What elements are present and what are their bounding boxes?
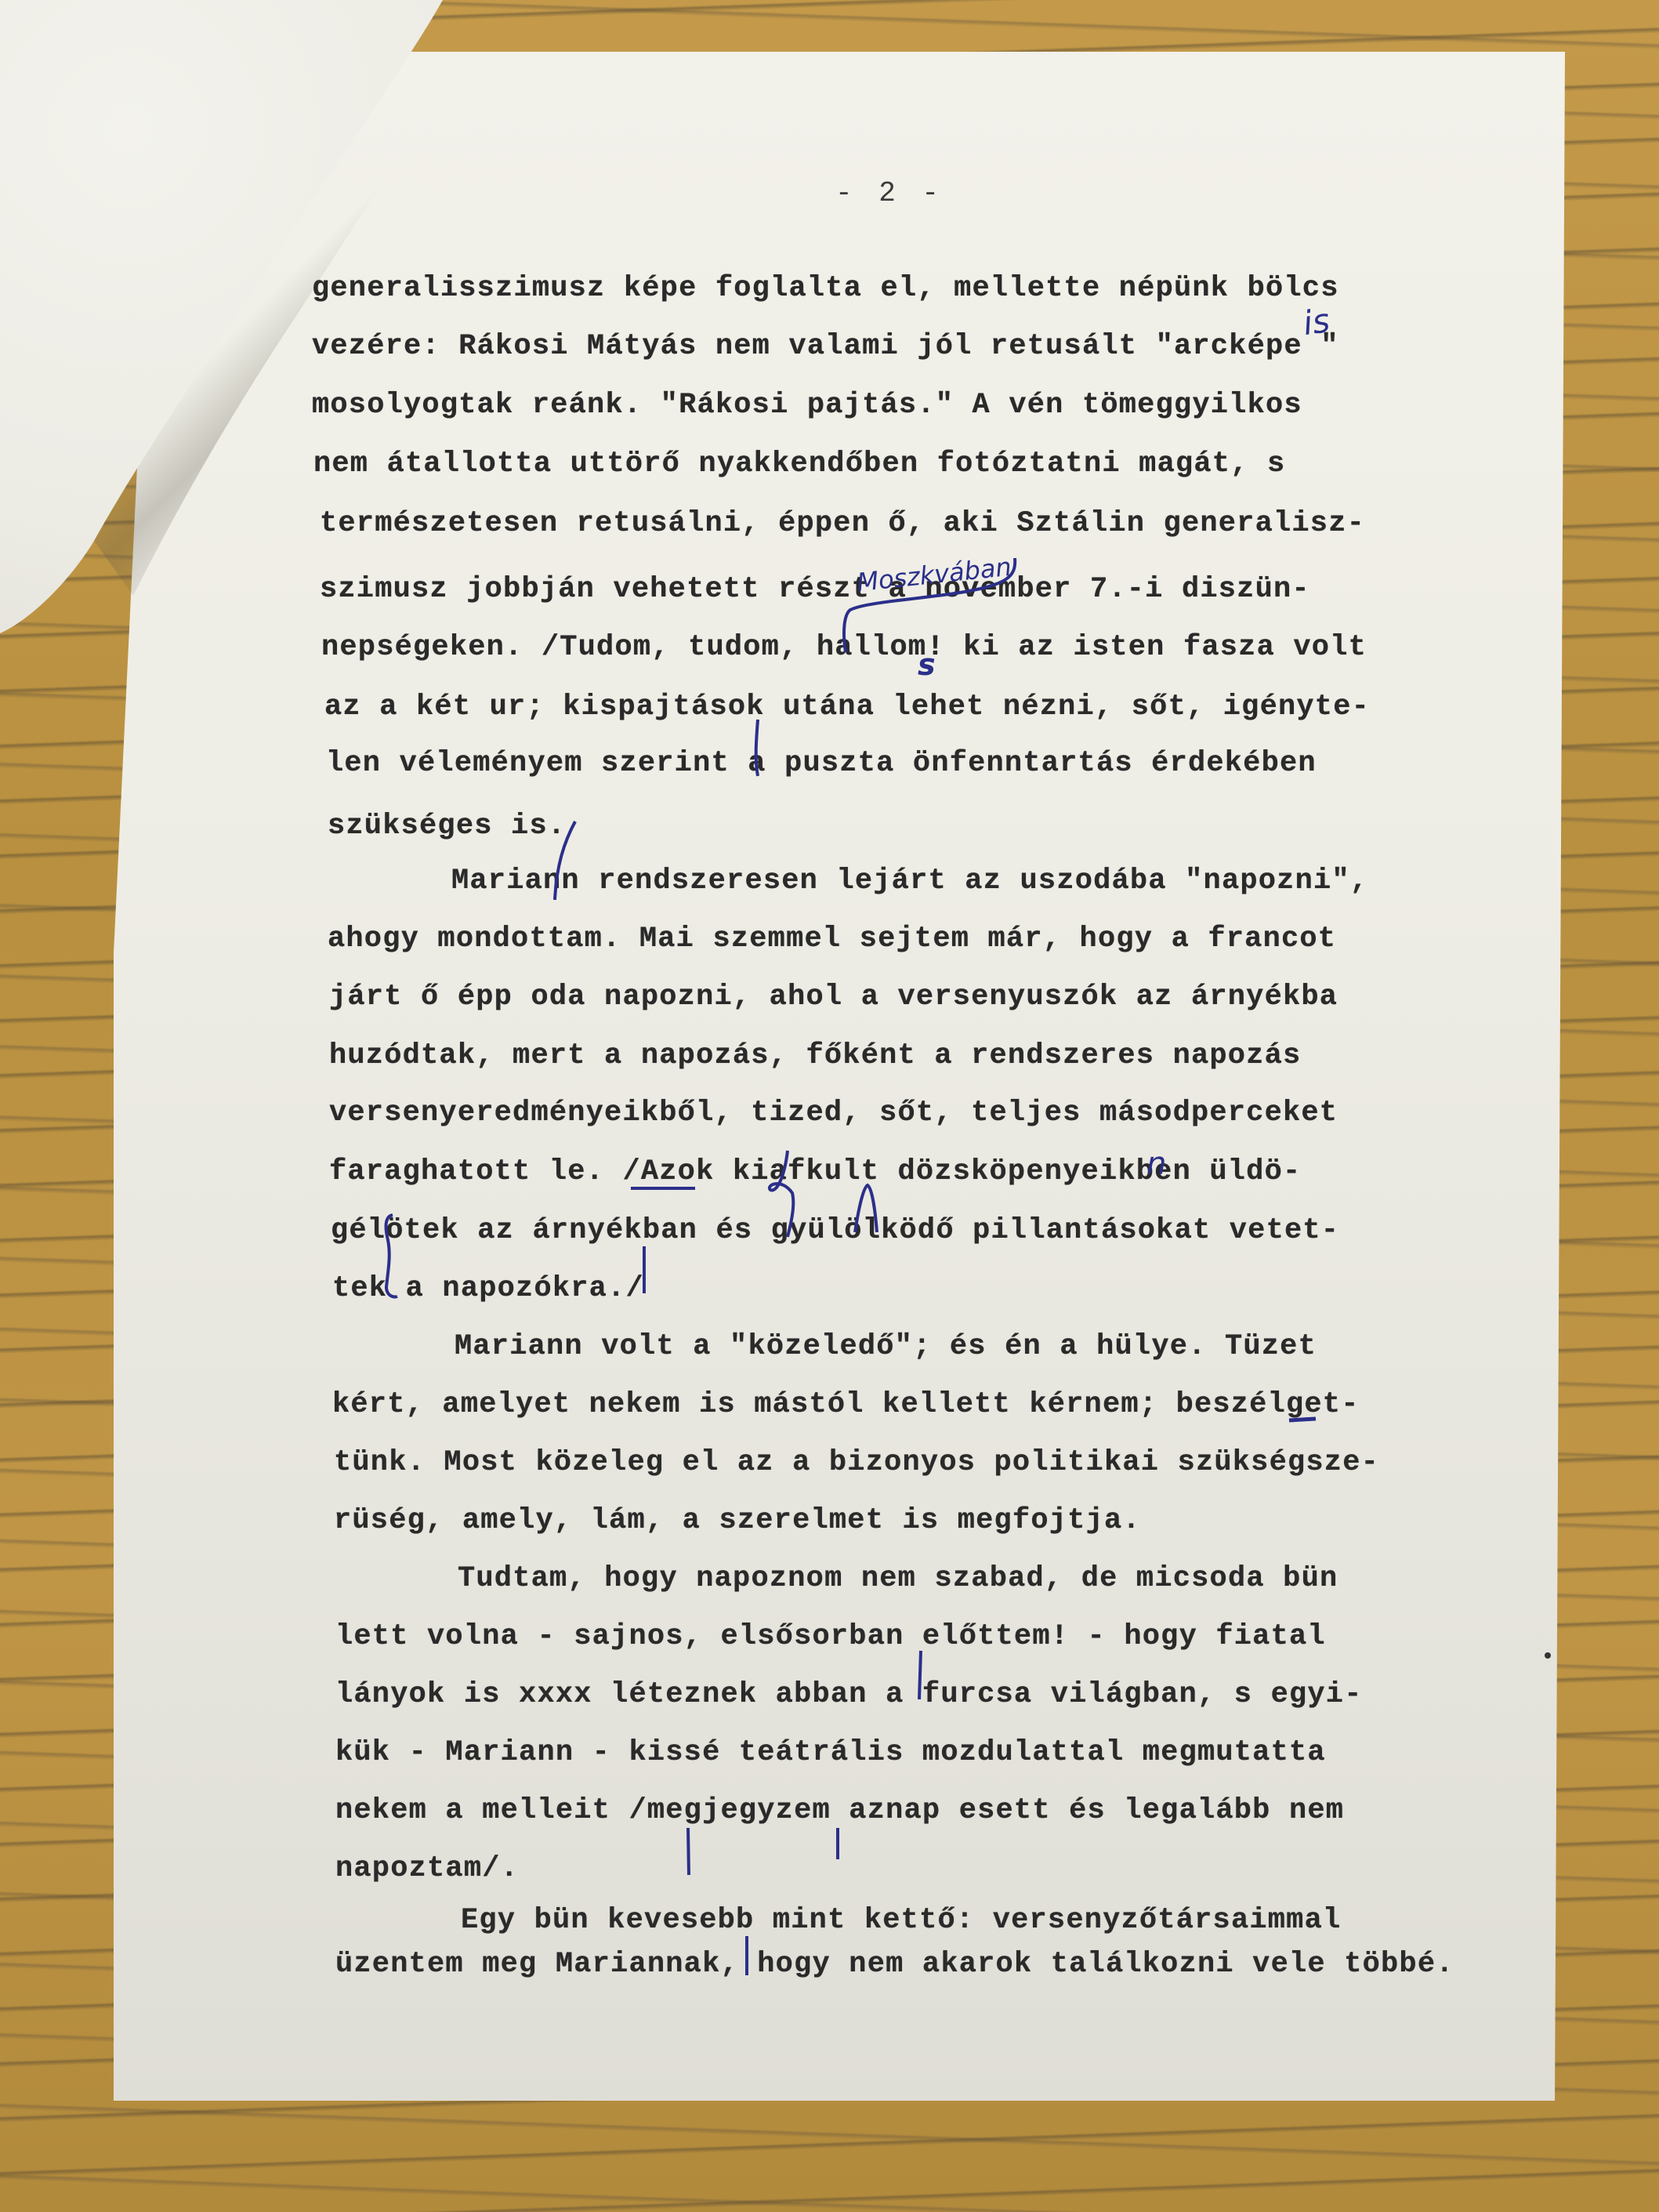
typed-line: szükséges is. [328,812,566,841]
page-number: - 2 - [835,177,944,209]
pen-insert-n: n [1146,1146,1166,1182]
pen-mark-szukseges-is [549,818,580,905]
ink-speck [1545,1652,1551,1659]
pen-insert-is: is [1301,301,1332,343]
pen-hyphen-beszelget [1288,1411,1319,1427]
typed-line: Mariann rendszeresen lejárt az uszodába … [451,867,1368,896]
typed-line: Tudtam, hogy napoznom nem szabad, de mic… [458,1565,1338,1594]
typed-line: lett volna - sajnos, elsősorban előttem!… [335,1623,1326,1652]
typed-line: természetesen retusálni, éppen ő, aki Sz… [320,509,1365,538]
pen-brace-geletek [374,1209,405,1303]
typed-line: üzentem meg Mariannak, hogy nem akarok t… [335,1950,1454,1979]
typed-line: kük - Mariann - kissé teátrális mozdulat… [335,1739,1326,1768]
typed-line: versenyeredményeikből, tized, sőt, telje… [329,1099,1338,1128]
typed-line: szimusz jobbján vehetett részt a novembe… [320,575,1310,604]
pen-strikethrough-azok [631,1146,850,1240]
pen-comma-mark-arnyekban [636,1243,652,1298]
typed-line: nekem a melleit /megjegyzem aznap esett … [335,1797,1344,1826]
pen-comma-mark-elottem [913,1648,929,1703]
pen-comma-mark-megjegyzem [680,1825,696,1880]
typed-line: Mariann volt a "közeledő"; és én a hülye… [455,1333,1317,1362]
typed-line: nem átallotta uttörő nyakkendőben fotózt… [313,450,1285,479]
pen-comma-mark-kispajtasok [750,716,766,779]
typed-line: mosolyogtak reánk. "Rákosi pajtás." A vé… [312,391,1302,420]
pen-comma-mark-kevesebb [739,1933,755,1980]
pen-insertion-caret-moszkvaban [835,553,1038,655]
typed-line: lányok is xxxx léteznek abban a furcsa v… [335,1681,1363,1710]
typed-line: Egy bün kevesebb mint kettő: versenyzőtá… [461,1906,1341,1935]
typed-line: ahogy mondottam. Mai szemmel sejtem már,… [328,925,1336,954]
typed-line: rüség, amely, lám, a szerelmet is megfoj… [334,1507,1141,1536]
typed-line: járt ő épp oda napozni, ahol a versenyus… [329,983,1338,1012]
typed-line: generalisszimusz képe foglalta el, melle… [312,274,1339,303]
pen-comma-mark-esett [830,1825,846,1864]
typed-line: huzódtak, mert a napozás, főként a rends… [329,1042,1301,1071]
pen-insert-s: s [918,647,936,682]
typewritten-page: - 2 - generalisszimusz képe foglalta el,… [114,52,1565,2101]
typed-line: napoztam/. [335,1855,519,1884]
typed-line: kért, amelyet nekem is mástól kellett ké… [332,1391,1360,1420]
typed-line: vezére: Rákosi Mátyás nem valami jól ret… [312,332,1339,361]
typed-line: az a két ur; kispajtások utána lehet néz… [324,693,1370,722]
typed-line: tünk. Most közeleg el az a bizonyos poli… [334,1449,1379,1478]
pen-caret-kiafkult [850,1180,882,1235]
typed-line: len véleményem szerint a puszta önfennta… [326,749,1317,778]
